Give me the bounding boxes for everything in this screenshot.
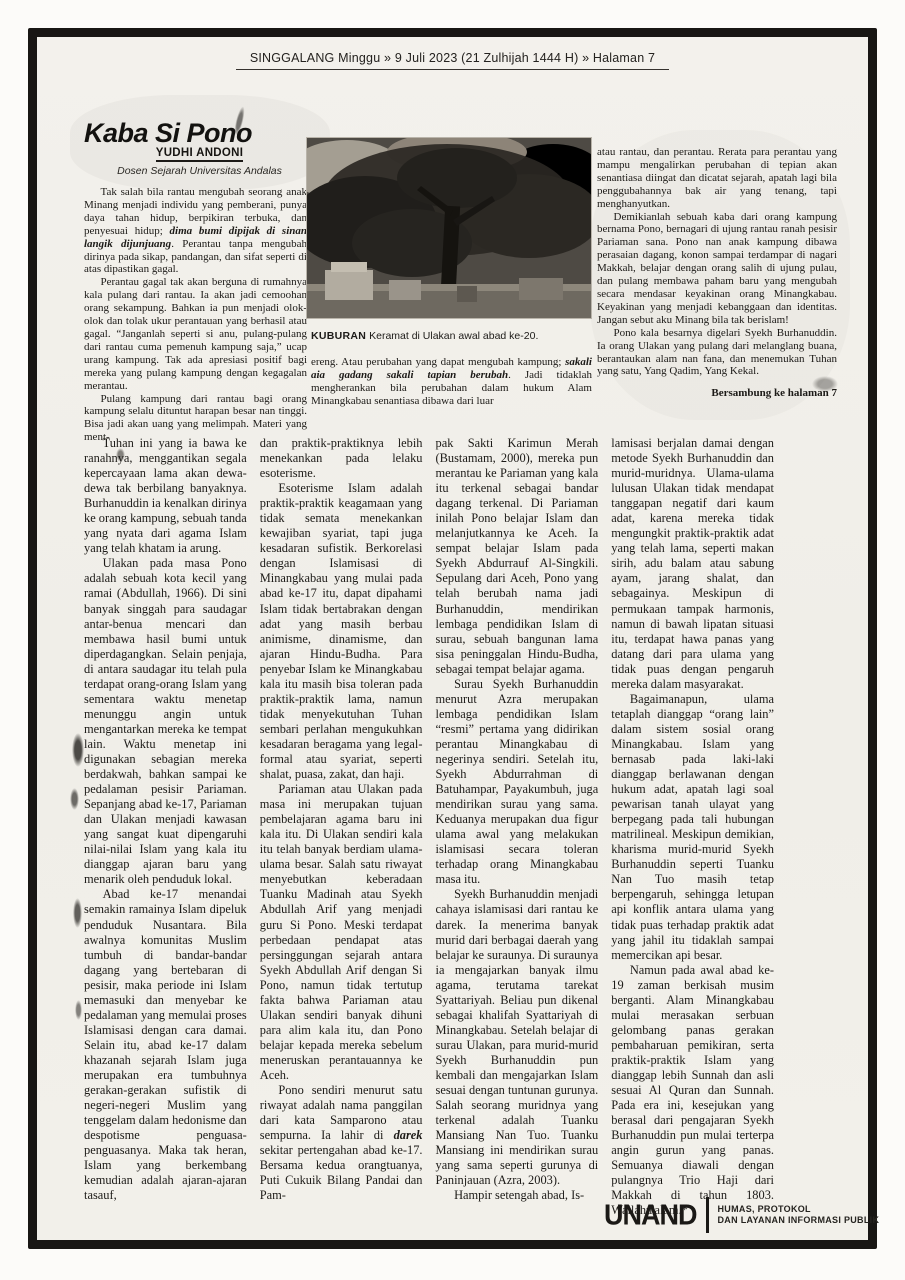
kuburan-keramat-photo [307, 138, 591, 318]
scan-artifact [116, 448, 125, 462]
unand-logo: UNAND HUMAS, PROTOKOL DAN LAYANAN INFORM… [604, 1197, 879, 1233]
scan-artifact [70, 788, 79, 810]
paragraph: Pariaman atau Ulakan pada masa ini merup… [260, 782, 423, 1083]
paragraph: Tak salah bila rantau mengubah seorang a… [84, 186, 307, 276]
author-name: YUDHI ANDONI [156, 147, 244, 162]
paragraph: Pono sendiri menurut satu riwayat adalah… [260, 1083, 423, 1203]
continuation-note: Bersambung ke halaman 7 [597, 387, 837, 400]
paragraph: Abad ke-17 menandai semakin ramainya Isl… [84, 887, 247, 1203]
right-column: atau rantau, dan perantau. Rerata para p… [597, 146, 837, 400]
text-run: Perantau gagal tak akan berguna di rumah… [84, 276, 307, 391]
text-run: atau rantau, dan perantau. Rerata para p… [597, 146, 837, 210]
dept-line-2: DAN LAYANAN INFORMASI PUBLIK [718, 1215, 880, 1227]
text-run: lamisasi berjalan damai dengan metode Sy… [611, 436, 774, 691]
scan-artifact [72, 733, 84, 767]
paragraph: Demikianlah sebuah kaba dari orang kampu… [597, 211, 837, 327]
text-run: Demikianlah sebuah kaba dari orang kampu… [597, 211, 837, 326]
page-header-text: SINGGALANG Minggu » 9 Juli 2023 (21 Zulh… [236, 51, 669, 70]
paragraph: Esoterisme Islam adalah praktik-praktik … [260, 481, 423, 782]
text-run: Surau Syekh Burhanuddin menurut Azra mer… [436, 677, 599, 887]
caption-text: Keramat di Ulakan awal abad ke-20. [366, 330, 538, 342]
text-run: Pariaman atau Ulakan pada masa ini merup… [260, 782, 423, 1082]
scan-artifact [812, 376, 838, 392]
newspaper-page: SINGGALANG Minggu » 9 Juli 2023 (21 Zulh… [0, 0, 905, 1280]
body-column-4: lamisasi berjalan damai dengan metode Sy… [611, 436, 774, 1218]
paragraph: pak Sakti Karimun Merah (Bustamam, 2000)… [436, 436, 599, 677]
paragraph: Surau Syekh Burhanuddin menurut Azra mer… [436, 677, 599, 888]
paragraph: atau rantau, dan perantau. Rerata para p… [597, 146, 837, 211]
unand-brand-text: UNAND [604, 1199, 697, 1232]
text-run: Ulakan pada masa Pono adalah sebuah kota… [84, 556, 247, 886]
unand-department-text: HUMAS, PROTOKOL DAN LAYANAN INFORMASI PU… [718, 1204, 880, 1227]
logo-divider [706, 1197, 709, 1233]
paragraph: Syekh Burhanuddin menjadi cahaya islamis… [436, 887, 599, 1188]
lead-column: Tak salah bila rantau mengubah seorang a… [84, 186, 307, 444]
italic-phrase: darek [394, 1128, 423, 1142]
paragraph: Hampir setengah abad, Is- [436, 1188, 599, 1203]
body-text-grid: Tuhan ini yang ia bawa ke ranahnya, meng… [84, 436, 774, 1218]
text-run: Syekh Burhanuddin menjadi cahaya islamis… [436, 887, 599, 1187]
text-run: ereng. Atau perubahan yang dapat menguba… [311, 356, 565, 368]
below-photo-column: ereng. Atau perubahan yang dapat menguba… [311, 356, 592, 408]
dept-line-1: HUMAS, PROTOKOL [718, 1204, 880, 1216]
paragraph: Perantau gagal tak akan berguna di rumah… [84, 276, 307, 392]
byline: YUDHI ANDONI Dosen Sejarah Universitas A… [92, 143, 307, 177]
text-run: Esoterisme Islam adalah praktik-praktik … [260, 481, 423, 781]
text-run: sekitar pertengahan abad ke-17. Bersama … [260, 1143, 423, 1202]
paragraph: lamisasi berjalan damai dengan metode Sy… [611, 436, 774, 692]
scan-artifact [73, 898, 82, 928]
scan-artifact [75, 1000, 82, 1020]
paragraph: dan praktik-praktiknya lebih menekankan … [260, 436, 423, 481]
paragraph: Bagaimanapun, ulama tetaplah dianggap “o… [611, 692, 774, 963]
text-run: Abad ke-17 menandai semakin ramainya Isl… [84, 887, 247, 1202]
text-run: Pono kala besarnya digelari Syekh Burhan… [597, 327, 837, 378]
paragraph: Namun pada awal abad ke-19 zaman berkisa… [611, 963, 774, 1219]
paragraph: Tuhan ini yang ia bawa ke ranahnya, meng… [84, 436, 247, 556]
photo-caption: KUBURAN Keramat di Ulakan awal abad ke-2… [311, 330, 591, 342]
text-run: dan praktik-praktiknya lebih menekankan … [260, 436, 423, 480]
text-run: Tuhan ini yang ia bawa ke ranahnya, meng… [84, 436, 247, 555]
body-column-3: pak Sakti Karimun Merah (Bustamam, 2000)… [436, 436, 599, 1218]
caption-label: KUBURAN [311, 330, 366, 342]
paragraph: Pono kala besarnya digelari Syekh Burhan… [597, 327, 837, 379]
paragraph: Ulakan pada masa Pono adalah sebuah kota… [84, 556, 247, 887]
right-column-text: atau rantau, dan perantau. Rerata para p… [597, 146, 837, 378]
text-run: Hampir setengah abad, Is- [454, 1188, 584, 1202]
text-run: Namun pada awal abad ke-19 zaman berkisa… [611, 963, 774, 1218]
text-run: Bagaimanapun, ulama tetaplah dianggap “o… [611, 692, 774, 962]
paragraph: ereng. Atau perubahan yang dapat menguba… [311, 356, 592, 408]
text-run: pak Sakti Karimun Merah (Bustamam, 2000)… [436, 436, 599, 676]
author-role: Dosen Sejarah Universitas Andalas [92, 165, 307, 177]
page-header: SINGGALANG Minggu » 9 Juli 2023 (21 Zulh… [0, 49, 905, 70]
body-column-1: Tuhan ini yang ia bawa ke ranahnya, meng… [84, 436, 247, 1218]
body-column-2: dan praktik-praktiknya lebih menekankan … [260, 436, 423, 1218]
